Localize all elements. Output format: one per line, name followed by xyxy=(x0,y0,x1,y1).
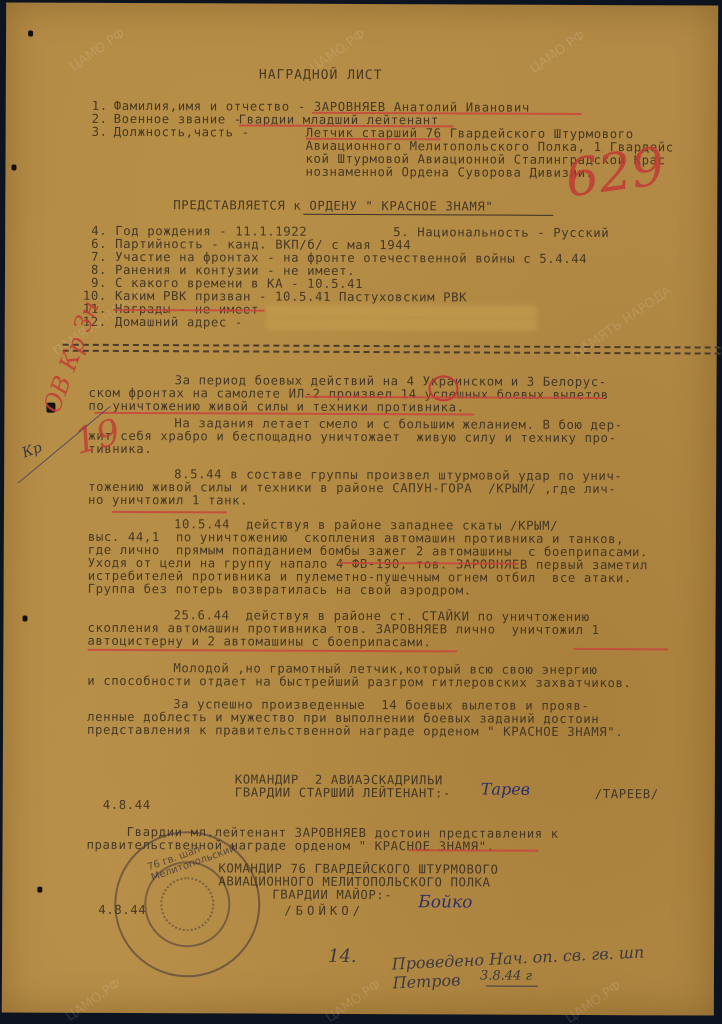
handwritten-number: 14. xyxy=(328,946,357,967)
field-3-value-line: нознаменной Ордена Суворова Дивизии. xyxy=(305,166,593,179)
field-3-label: Должность,часть - xyxy=(114,126,250,139)
narrative-body: За период боевых действий на 4 Украинско… xyxy=(6,2,718,5)
redacted-area xyxy=(267,305,537,318)
narrative-line: жит себя храбро и беспощадно уничтожает … xyxy=(88,430,616,444)
separator-line xyxy=(63,350,721,355)
field-num: 8. xyxy=(91,263,107,277)
watermark: ЦАМО.РФ xyxy=(67,26,128,75)
commander1-name: /ТАРЕЕВ/ xyxy=(595,788,659,800)
commander1-title: КОМАНДИР 2 АВИАЭСКАДРИЛЬИ xyxy=(235,773,443,786)
award-sheet-page: ЦАМО.РФ ЦАМО.РФ ЦАМО.РФ ПАМЯТЬ НАРОДА ПА… xyxy=(2,2,718,1015)
punch-hole xyxy=(23,616,28,622)
field-12: 12. Домашний адрес - xyxy=(83,316,243,329)
commander2-rank: ГВАРДИИ МАЙОР:- xyxy=(272,889,392,902)
commander1-signature: Тарев xyxy=(481,780,530,799)
commander2-signature: Бойко xyxy=(418,892,472,912)
field-1-label: Фамилия,имя и отчество - xyxy=(114,100,306,113)
watermark: ПАМЯТЬ НАРОДА xyxy=(571,284,675,362)
handwritten-red-mark: 629 xyxy=(562,137,668,210)
red-underline xyxy=(94,412,474,416)
punch-hole xyxy=(11,164,16,170)
field-num: 5. xyxy=(393,225,409,239)
punch-hole xyxy=(28,31,33,37)
red-underline xyxy=(87,649,457,653)
narrative-line: и способности отдает на быстрейший разгр… xyxy=(87,675,631,689)
watermark: ЦАМО.РФ xyxy=(527,28,588,77)
separator-line xyxy=(63,344,721,349)
commander1-rank: ГВАРДИИ СТАРШИЙ ЛЕЙТЕНАНТ:- xyxy=(235,786,451,799)
field-2-label: Военное звание - xyxy=(114,113,242,126)
narrative-line: Группа без потерь возвратилась на свой а… xyxy=(88,583,472,597)
watermark: ЦАМО.РФ xyxy=(63,976,124,1024)
field-num: 7. xyxy=(91,250,107,264)
red-underline xyxy=(573,648,668,650)
seal-emblem xyxy=(160,877,214,931)
field-text: Домашний адрес - xyxy=(115,315,243,330)
handwritten-margin-note: Кр xyxy=(20,440,44,462)
field-1-num: 1. xyxy=(92,100,108,112)
watermark: ЦАМО.РФ xyxy=(563,978,624,1024)
presented-for-heading: ПРЕДСТАВЛЯЕТСЯ к ОРДЕНУ " КРАСНОЕ ЗНАМЯ" xyxy=(173,199,493,212)
commander2-title: АВИАЦИОННОГО МЕЛИТОПОЛЬСКОГО ПОЛКА xyxy=(218,875,490,888)
commander2-name: /БОЙКО/ xyxy=(284,905,364,917)
document-title: НАГРАДНОЙ ЛИСТ xyxy=(259,70,383,83)
field-5: 5. Национальность - Русский xyxy=(393,226,609,239)
commander2-date: 4.8.44 xyxy=(98,904,146,916)
heading-underline xyxy=(303,214,553,216)
field-num: 9. xyxy=(91,276,107,290)
commander1-date: 4.8.44 xyxy=(103,799,151,811)
narrative-line: автоцистерну и 2 автомашины с боеприпаса… xyxy=(87,635,431,649)
field-num: 6. xyxy=(91,237,107,251)
field-4: 4. Год рождения - 11.1.1922 xyxy=(91,225,307,238)
field-3-num: 3. xyxy=(92,126,108,138)
field-num: 4. xyxy=(91,224,107,238)
handwritten-note: Проведено Нач. оп. св. гв. шп Петров xyxy=(391,939,714,992)
watermark: ЦАМО.РФ xyxy=(323,977,384,1024)
red-underline xyxy=(112,511,227,514)
handwritten-date: 3.8.44 г xyxy=(480,969,532,984)
field-2-num: 2. xyxy=(92,113,108,125)
narrative-line: представления к правительственной наград… xyxy=(87,724,623,738)
narrative-line: но уничтожил 1 танк. xyxy=(88,494,248,507)
punch-hole xyxy=(37,887,42,893)
field-text: Национальность - Русский xyxy=(417,225,609,240)
redacted-area xyxy=(267,318,537,331)
